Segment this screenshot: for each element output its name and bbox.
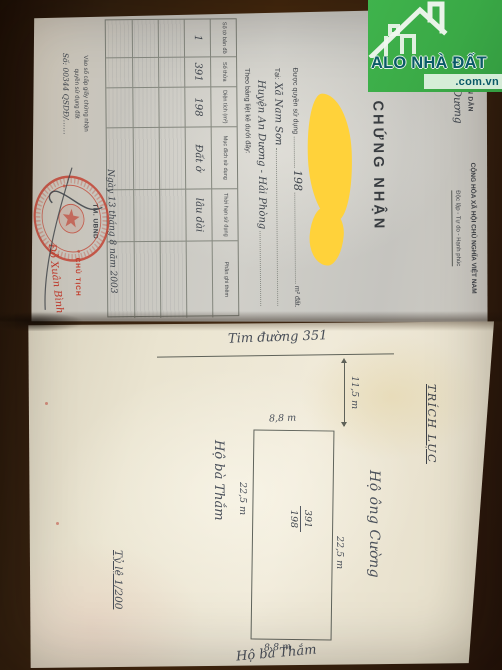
neighbor-right-label: Hộ ông Cường (366, 470, 382, 578)
parcel-number: 391 (300, 506, 313, 532)
registry-block: Vào sổ cấp giấy chứng nhận quyền sử dụng… (60, 33, 90, 153)
signature-stroke-icon (30, 151, 121, 322)
left-length-label: 22,5 m (237, 482, 248, 515)
house-icon (368, 0, 480, 58)
grant-line: Được quyền sử dụng 198 m² đất. (290, 68, 305, 308)
watermark-domain-strip: .com.vn (424, 74, 502, 89)
table-empty-cell (132, 58, 158, 88)
plot-sketch-page: Tim đường 351 11,5 m 8,8 m 8,8 m 22,5 m … (26, 320, 494, 668)
registry-line1: Vào sổ cấp giấy chứng nhận (80, 33, 90, 153)
extract-title: TRÍCH LỤC (425, 384, 438, 464)
table-empty-cell (158, 58, 184, 88)
offset-dimension-label: 11,5 m (349, 376, 360, 409)
table-header-cell: Số thửa (210, 57, 236, 87)
table-header-cell: Số tờ bản đồ (210, 19, 236, 57)
commune-handwritten: Xã Nam Sơn (272, 82, 284, 145)
land-parcel-table: Số tờ bản đồ Số thửa Diện tích (m²) Mục … (105, 18, 240, 317)
grant-prefix: Được quyền sử dụng (291, 68, 299, 135)
grant-suffix: m² đất. (293, 286, 300, 308)
parcel-fraction: 391 198 (288, 506, 313, 532)
watermark-brand: ALO NHÀ ĐẤT (371, 54, 501, 73)
table-empty-cell (106, 20, 132, 58)
table-header-cell: Phần ghi thêm (212, 241, 239, 317)
page-fold-crease (0, 311, 502, 331)
right-length-label: 22,5 m (334, 536, 345, 569)
top-width-label: 8,8 m (269, 413, 297, 425)
table-empty-cell (133, 128, 160, 190)
at-label: Tại: (273, 68, 280, 80)
table-header-cell: Thời hạn sử dụng (211, 189, 237, 241)
watermark-badge: ALO NHÀ ĐẤT .com.vn (368, 0, 502, 92)
parcel-rectangle (251, 429, 335, 640)
table-empty-cell (132, 88, 158, 128)
arrowhead-up-icon (341, 358, 347, 363)
table-empty-cell (159, 190, 185, 242)
table-empty-cell (133, 190, 159, 242)
table-empty-cell (158, 20, 184, 58)
arrowhead-down-icon (341, 422, 347, 427)
table-intro: Theo bảng liệt kê dưới đây: (243, 68, 251, 154)
table-value-cell: 1 (184, 19, 210, 57)
scale-label: Tỷ lệ 1/200 (112, 550, 124, 609)
dotted-leader (276, 147, 287, 305)
dotted-leader (260, 231, 271, 306)
neighbor-bottom-label: Hộ bà Thắm (235, 643, 317, 665)
ink-speck (56, 522, 59, 525)
privacy-highlight-main (305, 92, 355, 222)
area-handwritten: 198 (291, 170, 304, 191)
table-value-cell: lâu dài (185, 189, 211, 241)
neighbor-left-label: Hộ bà Thắm (211, 440, 226, 521)
table-header-cell: Mục đích sử dụng (211, 127, 238, 189)
ink-speck (45, 402, 48, 405)
watermark-domain: .com.vn (455, 76, 502, 88)
road-label-handwritten: Tim đường 351 (228, 328, 328, 346)
national-motto-block: CỘNG HÒA XÃ HỘI CHỦ NGHĨA VIỆT NAM Độc l… (451, 142, 478, 314)
parcel-area: 198 (288, 506, 300, 532)
location-line-2: Huyện An Dương - Hải Phòng (255, 80, 270, 308)
table-empty-cell (159, 128, 186, 190)
dotted-leader (294, 136, 304, 168)
dotted-leader (294, 193, 305, 284)
table-empty-cell (106, 58, 132, 88)
location-line-1: Tại: Xã Nam Sơn (272, 68, 287, 308)
table-value-cell: 391 (184, 57, 210, 87)
photo-of-land-certificate: ỦY BAN NHÂN DÂN Huyện An Dương CỘNG HÒA … (0, 0, 502, 670)
motto-line1: CỘNG HÒA XÃ HỘI CHỦ NGHĨA VIỆT NAM (469, 142, 478, 314)
table-empty-cell (106, 88, 132, 128)
road-centerline (157, 353, 394, 357)
table-empty-cell (134, 242, 161, 318)
district-province-handwritten: Huyện An Dương - Hải Phòng (255, 80, 267, 229)
offset-dimension-line (344, 360, 345, 426)
motto-line2: Độc lập - Tự do - Hạnh phúc (451, 190, 461, 266)
registry-line2: quyền sử dụng đất (71, 34, 81, 154)
table-empty-cell (158, 88, 184, 128)
table-value-cell: 198 (184, 87, 210, 127)
registry-number: Số: 00344 QSDĐ/…… (60, 34, 72, 154)
table-header-cell: Diện tích (m²) (210, 87, 236, 127)
table-value-cell: Đất ở (185, 127, 212, 189)
table-empty-cell (160, 242, 187, 318)
table-value-cell (186, 241, 213, 317)
table-empty-cell (132, 20, 158, 58)
